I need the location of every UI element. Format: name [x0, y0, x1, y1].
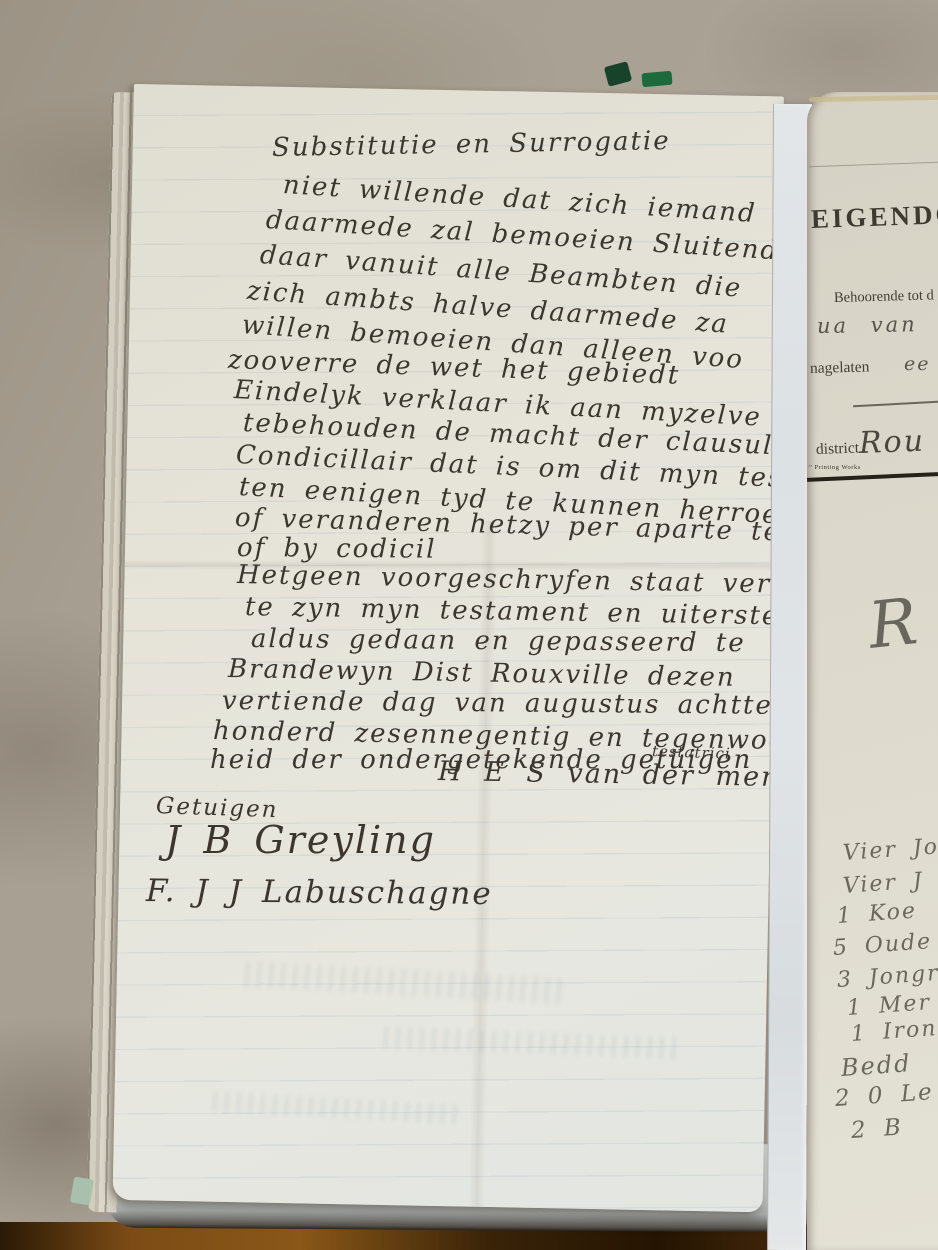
printed-deed-page: EIGENDOM Behoorende tot d ua van nagelat…	[807, 92, 938, 1250]
section-heading: Substitutie en Surrogatie	[272, 126, 671, 163]
inventory-line: 1 Iron	[850, 1016, 938, 1047]
printer-imprint: ’’ Printing Works	[808, 464, 861, 471]
thick-rule	[807, 472, 938, 482]
witness-signature: F. J J Labuschagne	[146, 873, 493, 912]
printed-line-1: Behoorende tot d	[834, 287, 934, 307]
tissue-guard-strip	[767, 104, 812, 1250]
signature-flourish: R	[865, 585, 923, 664]
inventory-line: 3 Jongr	[836, 961, 938, 993]
district-value: Rou	[858, 424, 925, 461]
inventory-line: 1 Koe	[836, 898, 918, 929]
thin-rule	[853, 401, 938, 407]
witness-signature: J B Greyling	[165, 818, 436, 862]
green-binding-mark	[641, 71, 672, 88]
page-top-edge	[809, 95, 938, 102]
printed-line-2: nagelaten	[810, 358, 870, 378]
inventory-line: 2 0 Le	[834, 1079, 934, 1112]
inventory-line: Vier Jo	[842, 834, 938, 866]
inventory-line: Bedd	[840, 1049, 912, 1082]
body-line: vertiende dag van augustus achtten	[222, 686, 792, 721]
inventory-line: 2 B	[850, 1114, 904, 1144]
district-label: district	[816, 440, 860, 459]
page-curl-line	[809, 162, 938, 168]
testator-signature: H E S van der merwe	[438, 756, 820, 794]
inventory-line: 5 Oude	[832, 929, 933, 961]
photo-of-document: Substitutie en Surrogatie niet willende …	[0, 0, 938, 1250]
deed-title-fragment: EIGENDOM	[810, 198, 938, 235]
body-line: aldus gedaan en gepasseerd te	[251, 624, 746, 658]
handwritten-entry-2: ee	[904, 353, 931, 375]
handwritten-entry-1: ua van	[817, 312, 918, 338]
inventory-line: Vier J	[842, 868, 924, 899]
